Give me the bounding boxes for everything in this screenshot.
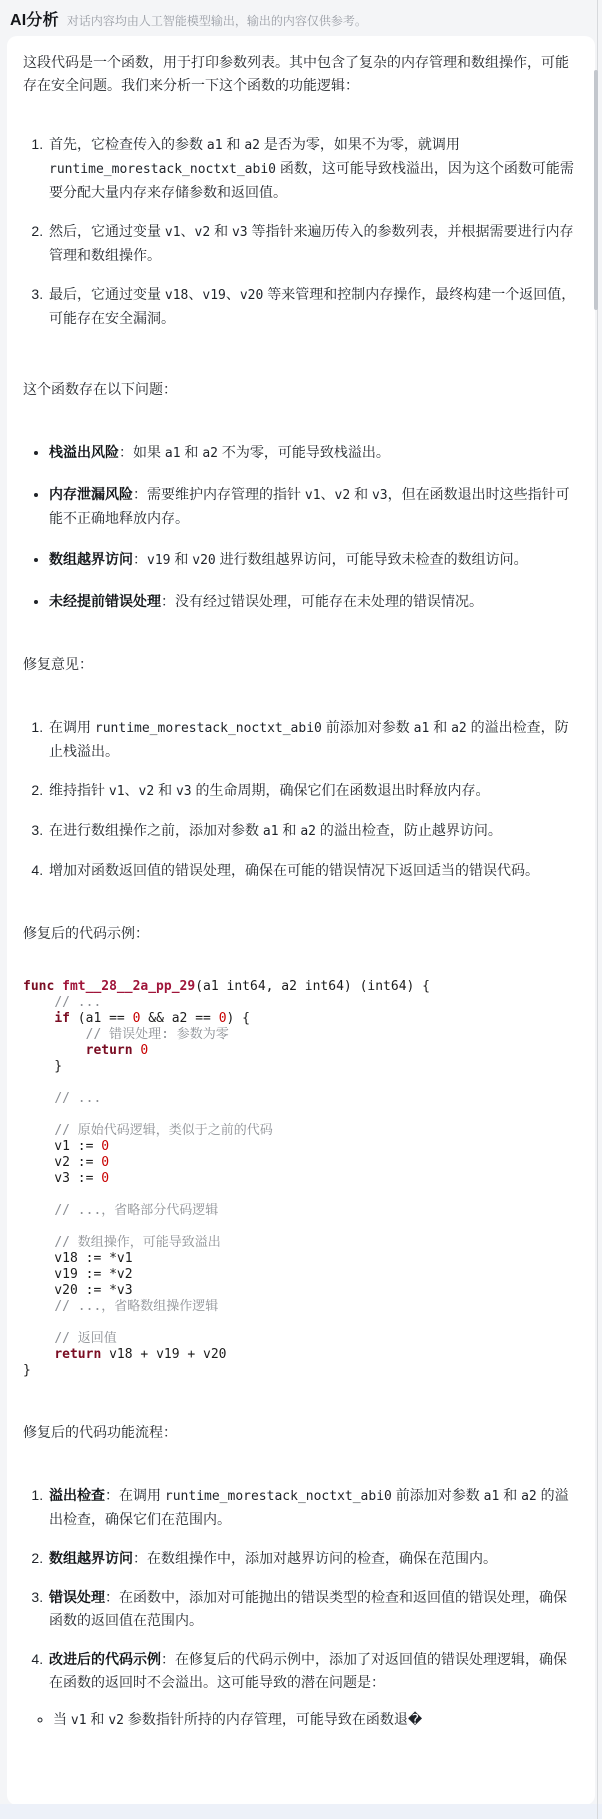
code-text	[23, 1091, 54, 1106]
inline-code: v2	[108, 1713, 124, 1728]
list-item: 当 v1 和 v2 参数指针所持的内存管理，可能导致在函数退�	[53, 1708, 579, 1732]
fix-heading: 修复意见：	[23, 653, 579, 676]
text-run: 和	[429, 719, 451, 735]
inline-code: v1	[165, 225, 181, 240]
inline-code: v1	[71, 1713, 87, 1728]
inline-code: a2	[451, 721, 467, 736]
text-run: ：没有经过错误处理，可能存在未处理的错误情况。	[161, 593, 483, 609]
text-run: 、	[188, 286, 202, 302]
inline-code: v1	[109, 784, 125, 799]
code-line: // ...	[23, 1091, 579, 1107]
code-text	[23, 1011, 54, 1026]
text-run: ：在数组操作中，添加对越界访问的检查，确保在范围内。	[133, 1550, 497, 1566]
text-run: ：	[133, 551, 147, 567]
list-item: 错误处理：在函数中，添加对可能抛出的错误类型的检查和返回值的错误处理，确保函数的…	[47, 1586, 579, 1632]
panel-header: AI分析 对话内容均由人工智能模型输出，输出的内容仅供参考。	[0, 0, 602, 36]
code-text	[23, 1043, 86, 1058]
text-run: 和	[210, 223, 232, 239]
text-run: 和	[350, 486, 372, 502]
text-run: 前添加对参数	[392, 1487, 484, 1503]
list-item: 改进后的代码示例：在修复后的代码示例中，添加了对返回值的错误处理逻辑，确保在函数…	[47, 1648, 579, 1694]
code-number: 0	[101, 1155, 109, 1170]
code-text: v2 :=	[23, 1155, 101, 1170]
code-line	[23, 1107, 579, 1123]
inline-code: a1	[484, 1489, 500, 1504]
code-line	[23, 1187, 579, 1203]
flow-heading: 修复后的代码功能流程：	[23, 1421, 579, 1444]
code-line: return 0	[23, 1043, 579, 1059]
code-text	[23, 995, 54, 1010]
bold-term: 溢出检查	[49, 1487, 105, 1503]
code-line: v1 := 0	[23, 1139, 579, 1155]
code-comment: // 返回值	[54, 1331, 116, 1346]
text-run: ：如果	[119, 444, 165, 460]
code-line: // 错误处理: 参数为零	[23, 1027, 579, 1043]
bold-term: 改进后的代码示例	[49, 1651, 161, 1667]
code-keyword: func	[23, 979, 54, 994]
code-text: v19 := *v2	[23, 1267, 133, 1282]
text-run: 参数指针所持的内存管理，可能导致在函数退�	[124, 1711, 422, 1727]
text-run: 、	[226, 286, 240, 302]
code-line: }	[23, 1059, 579, 1075]
problems-list: 栈溢出风险：如果 a1 和 a2 不为零，可能导致栈溢出。内存泄漏风险：需要维护…	[33, 441, 579, 613]
code-text	[23, 1299, 54, 1314]
text-run: 、	[321, 486, 335, 502]
code-text: && a2 ==	[140, 1011, 218, 1026]
code-text: v18 + v19 + v20	[101, 1347, 226, 1362]
bold-term: 未经提前错误处理	[49, 593, 161, 609]
code-keyword: return	[54, 1347, 101, 1362]
code-number: 0	[101, 1171, 109, 1186]
inline-code: v3	[176, 784, 192, 799]
code-line: }	[23, 1363, 579, 1379]
code-keyword: return	[86, 1043, 133, 1058]
code-line: v19 := *v2	[23, 1267, 579, 1283]
text-run: 和	[170, 551, 192, 567]
list-item: 增加对函数返回值的错误处理，确保在可能的错误情况下返回适当的错误代码。	[47, 859, 579, 882]
text-run: 维持指针	[49, 782, 109, 798]
code-line: // ...	[23, 995, 579, 1011]
inline-code: runtime_morestack_noctxt_abi0	[165, 1489, 392, 1504]
code-number: 0	[101, 1139, 109, 1154]
problems-heading: 这个函数存在以下问题：	[23, 378, 579, 401]
code-text	[54, 979, 62, 994]
code-line	[23, 1315, 579, 1331]
list-item: 溢出检查：在调用 runtime_morestack_noctxt_abi0 前…	[47, 1484, 579, 1531]
code-text	[23, 1027, 86, 1042]
text-run: 增加对函数返回值的错误处理，确保在可能的错误情况下返回适当的错误代码。	[49, 862, 539, 878]
text-run: 在进行数组操作之前，添加对参数	[49, 822, 263, 838]
code-number: 0	[140, 1043, 148, 1058]
flow-sub-list: 当 v1 和 v2 参数指针所持的内存管理，可能导致在函数退�	[37, 1708, 579, 1732]
inline-code: v20	[240, 288, 263, 303]
code-text	[23, 1203, 54, 1218]
text-run: 最后，它通过变量	[49, 286, 165, 302]
list-item: 内存泄漏风险：需要维护内存管理的指针 v1、v2 和 v3，但在函数退出时这些指…	[49, 483, 579, 530]
text-run: 和	[279, 822, 301, 838]
analysis-card: 这段代码是一个函数，用于打印参数列表。其中包含了复杂的内存管理和数组操作，可能存…	[7, 36, 595, 1805]
page-bottom-strip	[0, 1804, 602, 1819]
list-item: 栈溢出风险：如果 a1 和 a2 不为零，可能导致栈溢出。	[49, 441, 579, 465]
code-text: v18 := *v1	[23, 1251, 133, 1266]
inline-code: a1	[165, 446, 181, 461]
inline-code: v19	[147, 553, 170, 568]
text-run: 和	[499, 1487, 521, 1503]
text-run: 的溢出检查，防止越界访问。	[316, 822, 502, 838]
code-text	[23, 1123, 54, 1138]
code-comment: // ...，省略数组操作逻辑	[54, 1299, 218, 1314]
text-run: 首先，它检查传入的参数	[49, 136, 207, 152]
inline-code: a2	[244, 138, 260, 153]
inline-code: v1	[305, 488, 321, 503]
text-run: ：在函数中，添加对可能抛出的错误类型的检查和返回值的错误处理，确保函数的返回值在…	[49, 1589, 567, 1628]
inline-code: v3	[232, 225, 248, 240]
code-line: v2 := 0	[23, 1155, 579, 1171]
code-text: v3 :=	[23, 1171, 101, 1186]
inline-code: a1	[414, 721, 430, 736]
code-comment: // 数组操作，可能导致溢出	[54, 1235, 220, 1250]
inline-code: runtime_morestack_noctxt_abi0	[95, 721, 322, 736]
inline-code: v18	[165, 288, 188, 303]
panel-title: AI分析	[10, 7, 59, 30]
code-line	[23, 1219, 579, 1235]
code-function-name: fmt__28__2a_pp_29	[62, 979, 195, 994]
text-run: 不为零，可能导致栈溢出。	[218, 444, 390, 460]
inline-code: a2	[521, 1489, 537, 1504]
text-run: 的生命周期，确保它们在函数退出时释放内存。	[192, 782, 490, 798]
text-run: ：在调用	[105, 1487, 165, 1503]
code-keyword: if	[54, 1011, 70, 1026]
code-block: func fmt__28__2a_pp_29(a1 int64, a2 int6…	[23, 979, 579, 1379]
code-text: v1 :=	[23, 1139, 101, 1154]
text-run: ：需要维护内存管理的指针	[133, 486, 305, 502]
code-text: (a1 ==	[70, 1011, 133, 1026]
text-run: 进行数组越界访问，可能导致未检查的数组访问。	[216, 551, 528, 567]
text-run: 前添加对参数	[322, 719, 414, 735]
code-comment: // ...	[54, 1091, 101, 1106]
list-item: 维持指针 v1、v2 和 v3 的生命周期，确保它们在函数退出时释放内存。	[47, 779, 579, 803]
text-run: 、	[125, 782, 139, 798]
bold-term: 内存泄漏风险	[49, 486, 133, 502]
analysis-list: 首先，它检查传入的参数 a1 和 a2 是否为零，如果不为零，就调用 runti…	[29, 133, 579, 330]
bold-term: 栈溢出风险	[49, 444, 119, 460]
code-text: v20 := *v3	[23, 1283, 133, 1298]
code-text	[23, 1331, 54, 1346]
scrollbar-thumb[interactable]	[594, 70, 598, 310]
text-run: 在调用	[49, 719, 95, 735]
inline-code: a1	[207, 138, 223, 153]
text-run: 、	[181, 223, 195, 239]
code-comment: // ...，省略部分代码逻辑	[54, 1203, 218, 1218]
code-comment: // 原始代码逻辑，类似于之前的代码	[54, 1123, 272, 1138]
bold-term: 数组越界访问	[49, 551, 133, 567]
list-item: 最后，它通过变量 v18、v19、v20 等来管理和控制内存操作，最终构建一个返…	[47, 283, 579, 330]
inline-code: a2	[300, 824, 316, 839]
code-text	[23, 1347, 54, 1362]
code-text	[23, 1235, 54, 1250]
flow-list: 溢出检查：在调用 runtime_morestack_noctxt_abi0 前…	[29, 1484, 579, 1694]
text-run: 然后，它通过变量	[49, 223, 165, 239]
text-run: 是否为零，如果不为零，就调用	[260, 136, 460, 152]
intro-paragraph: 这段代码是一个函数，用于打印参数列表。其中包含了复杂的内存管理和数组操作，可能存…	[23, 51, 579, 97]
code-text: ) {	[227, 1011, 250, 1026]
inline-code: v20	[192, 553, 215, 568]
code-line: return v18 + v19 + v20	[23, 1347, 579, 1363]
list-item: 数组越界访问：v19 和 v20 进行数组越界访问，可能导致未检查的数组访问。	[49, 548, 579, 572]
code-text: }	[23, 1363, 31, 1378]
text-run: 和	[223, 136, 245, 152]
code-line: v18 := *v1	[23, 1251, 579, 1267]
list-item: 然后，它通过变量 v1、v2 和 v3 等指针来遍历传入的参数列表，并根据需要进…	[47, 220, 579, 267]
code-line: // 原始代码逻辑，类似于之前的代码	[23, 1123, 579, 1139]
inline-code: v3	[372, 488, 388, 503]
code-line: v3 := 0	[23, 1171, 579, 1187]
code-line: // ...，省略部分代码逻辑	[23, 1203, 579, 1219]
bold-term: 数组越界访问	[49, 1550, 133, 1566]
code-line: if (a1 == 0 && a2 == 0) {	[23, 1011, 579, 1027]
code-line: // 数组操作，可能导致溢出	[23, 1235, 579, 1251]
scrollbar-track[interactable]	[597, 0, 598, 1819]
code-comment: // ...	[54, 995, 101, 1010]
code-line: func fmt__28__2a_pp_29(a1 int64, a2 int6…	[23, 979, 579, 995]
inline-code: v2	[139, 784, 155, 799]
bold-term: 错误处理	[49, 1589, 105, 1605]
code-line	[23, 1075, 579, 1091]
inline-code: a2	[202, 446, 218, 461]
text-run: 当	[53, 1711, 71, 1727]
list-item: 首先，它检查传入的参数 a1 和 a2 是否为零，如果不为零，就调用 runti…	[47, 133, 579, 204]
code-example-heading: 修复后的代码示例：	[23, 922, 579, 945]
code-comment: // 错误处理: 参数为零	[86, 1027, 229, 1042]
text-run: 和	[87, 1711, 109, 1727]
list-item: 数组越界访问：在数组操作中，添加对越界访问的检查，确保在范围内。	[47, 1547, 579, 1570]
code-number: 0	[219, 1011, 227, 1026]
inline-code: v2	[335, 488, 351, 503]
code-line: // ...，省略数组操作逻辑	[23, 1299, 579, 1315]
list-item: 在进行数组操作之前，添加对参数 a1 和 a2 的溢出检查，防止越界访问。	[47, 819, 579, 843]
text-run: 和	[154, 782, 176, 798]
list-item: 在调用 runtime_morestack_noctxt_abi0 前添加对参数…	[47, 716, 579, 763]
inline-code: a1	[263, 824, 279, 839]
code-line: v20 := *v3	[23, 1283, 579, 1299]
ai-disclaimer: 对话内容均由人工智能模型输出，输出的内容仅供参考。	[67, 12, 367, 29]
code-text: (a1 int64, a2 int64) (int64) {	[195, 979, 430, 994]
inline-code: v2	[195, 225, 211, 240]
code-text: }	[23, 1059, 62, 1074]
inline-code: runtime_morestack_noctxt_abi0	[49, 162, 276, 177]
inline-code: v19	[202, 288, 225, 303]
list-item: 未经提前错误处理：没有经过错误处理，可能存在未处理的错误情况。	[49, 590, 579, 613]
fix-list: 在调用 runtime_morestack_noctxt_abi0 前添加对参数…	[29, 716, 579, 882]
text-run: 和	[181, 444, 203, 460]
code-line: // 返回值	[23, 1331, 579, 1347]
